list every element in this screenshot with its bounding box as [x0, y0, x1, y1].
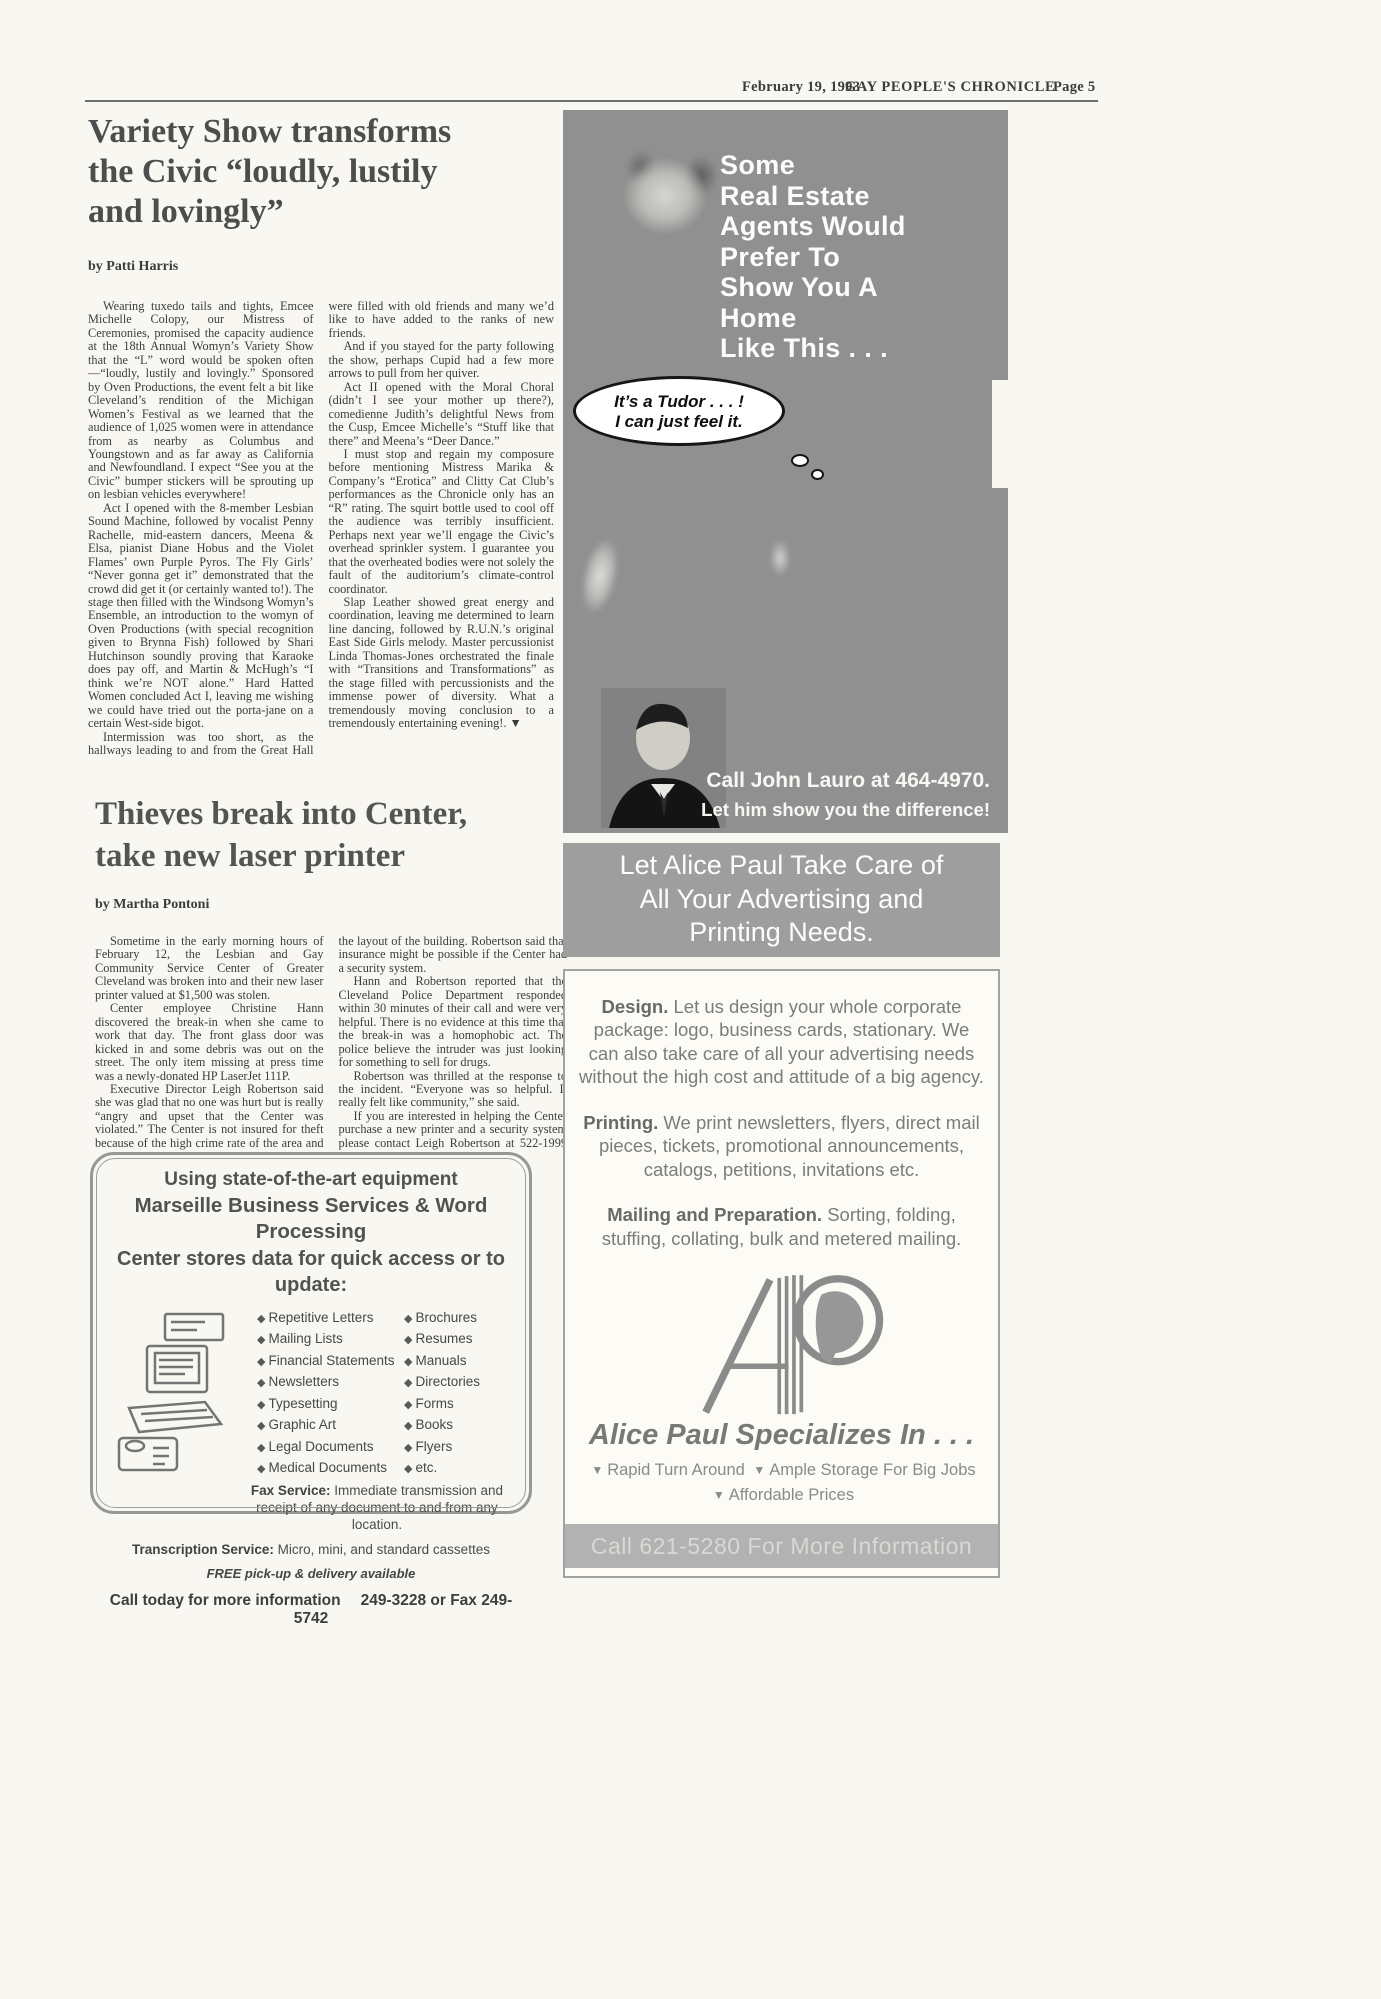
article1-headline: Variety Show transforms the Civic “loudl… — [88, 112, 554, 232]
specializes-line: Alice Paul Specializes In . . . — [577, 1424, 986, 1448]
printing-paragraph: Printing. We print newsletters, flyers, … — [577, 1111, 986, 1182]
mailing-label: Mailing and Preparation. — [607, 1204, 822, 1225]
article2-paragraph: Hann and Robertson reported that the Cle… — [339, 975, 568, 1069]
service-item: ◆Directories — [404, 1372, 480, 1394]
marseille-title-line: Using state-of-the-art equipment — [93, 1168, 529, 1193]
article1-paragraph: Wearing tuxedo tails and tights, Emcee M… — [88, 300, 314, 502]
diamond-bullet-icon: ◆ — [404, 1313, 412, 1325]
service-item: ◆Financial Statements — [257, 1351, 404, 1373]
article2-headline-line: Thieves break into Center, — [95, 793, 567, 835]
alice-paul-logo — [667, 1272, 897, 1420]
diamond-bullet-icon: ◆ — [257, 1442, 265, 1454]
speech-bubble-line: It’s a Tudor . . . ! — [576, 392, 782, 412]
triangle-bullet-icon: ▼ — [753, 1463, 765, 1477]
diamond-bullet-icon: ◆ — [404, 1377, 412, 1389]
service-item: ◆etc. — [404, 1458, 480, 1480]
service-label: Forms — [416, 1396, 454, 1411]
diamond-bullet-icon: ◆ — [257, 1313, 265, 1325]
real-estate-headline-line: Prefer To — [720, 242, 906, 273]
service-item: ◆Brochures — [404, 1308, 480, 1330]
article2-byline: by Martha Pontoni — [95, 897, 567, 913]
feature-list: ▼Rapid Turn Around ▼Ample Storage For Bi… — [577, 1458, 986, 1508]
speech-bubble-dot — [811, 469, 824, 480]
diamond-bullet-icon: ◆ — [404, 1463, 412, 1475]
article1-paragraph: Act I opened with the 8-member Lesbian S… — [88, 502, 314, 731]
article2-headline: Thieves break into Center, take new lase… — [95, 793, 567, 877]
alice-paul-ad: Let Alice Paul Take Care of All Your Adv… — [563, 843, 1000, 1578]
fax-service-line: Fax Service: Immediate transmission and … — [243, 1482, 511, 1533]
alice-paul-ad-body: Design. Let us design your whole corpora… — [563, 969, 1000, 1578]
alice-paul-header-line: Printing Needs. — [563, 916, 1000, 950]
diamond-bullet-icon: ◆ — [257, 1399, 265, 1411]
services-list-right: ◆Brochures ◆Resumes ◆Manuals ◆Directorie… — [404, 1308, 480, 1480]
article1-body: Wearing tuxedo tails and tights, Emcee M… — [88, 300, 554, 759]
service-label: Repetitive Letters — [268, 1310, 373, 1325]
services-lists: ◆Repetitive Letters ◆Mailing Lists ◆Fina… — [257, 1306, 515, 1480]
service-item: ◆Flyers — [404, 1437, 480, 1459]
feature-item: Affordable Prices — [729, 1486, 854, 1504]
marseille-ad-title: Using state-of-the-art equipment Marseil… — [93, 1168, 529, 1298]
service-label: Newsletters — [268, 1374, 339, 1389]
real-estate-headline: Some Real Estate Agents Would Prefer To … — [720, 150, 906, 364]
service-label: Graphic Art — [268, 1417, 336, 1432]
diamond-bullet-icon: ◆ — [257, 1334, 265, 1346]
service-item: ◆Newsletters — [257, 1372, 404, 1394]
article-thieves-break-in: Thieves break into Center, take new lase… — [95, 793, 567, 1154]
article-variety-show: Variety Show transforms the Civic “loudl… — [88, 112, 554, 759]
real-estate-tagline: Let him show you the difference! — [701, 799, 990, 821]
service-item: ◆Resumes — [404, 1329, 480, 1351]
diamond-bullet-icon: ◆ — [257, 1463, 265, 1475]
alice-paul-ad-header: Let Alice Paul Take Care of All Your Adv… — [563, 843, 1000, 957]
article1-headline-line: Variety Show transforms — [88, 112, 554, 152]
service-label: Manuals — [416, 1353, 467, 1368]
diamond-bullet-icon: ◆ — [404, 1399, 412, 1411]
marseille-content-row: ◆Repetitive Letters ◆Mailing Lists ◆Fina… — [105, 1306, 515, 1480]
service-item: ◆Medical Documents — [257, 1458, 404, 1480]
services-list-left: ◆Repetitive Letters ◆Mailing Lists ◆Fina… — [257, 1308, 404, 1480]
design-label: Design. — [602, 996, 669, 1017]
real-estate-headline-line: Some — [720, 150, 906, 181]
diamond-bullet-icon: ◆ — [404, 1356, 412, 1368]
alice-paul-header-line: All Your Advertising and — [563, 883, 1000, 917]
alice-paul-call-line: Call 621-5280 For More Information — [565, 1524, 998, 1568]
article1-paragraph: And if you stayed for the party followin… — [329, 340, 555, 380]
article2-paragraph: Robertson was thrilled at the response t… — [339, 1070, 568, 1110]
service-label: Flyers — [416, 1439, 453, 1454]
transcription-service-label: Transcription Service: — [132, 1542, 274, 1557]
service-item: ◆Typesetting — [257, 1394, 404, 1416]
printing-label: Printing. — [583, 1112, 658, 1133]
diamond-bullet-icon: ◆ — [404, 1442, 412, 1454]
service-label: Legal Documents — [268, 1439, 373, 1454]
service-item: ◆Mailing Lists — [257, 1329, 404, 1351]
article1-paragraph: Slap Leather showed great energy and coo… — [329, 596, 555, 731]
triangle-bullet-icon: ▼ — [713, 1488, 725, 1502]
mailing-paragraph: Mailing and Preparation. Sorting, foldin… — [577, 1203, 986, 1250]
transcription-service-text: Micro, mini, and standard cassettes — [274, 1542, 490, 1557]
article1-headline-line: and lovingly” — [88, 192, 554, 232]
article2-paragraph: Center employee Christine Hann discovere… — [95, 1002, 324, 1083]
real-estate-headline-line: Like This . . . — [720, 333, 906, 364]
service-item: ◆Books — [404, 1415, 480, 1437]
article2-paragraph: Sometime in the early morning hours of F… — [95, 935, 324, 1002]
diamond-bullet-icon: ◆ — [404, 1420, 412, 1432]
speech-bubble-dot — [791, 454, 809, 467]
feature-item: Ample Storage For Big Jobs — [769, 1461, 975, 1479]
transcription-service-line: Transcription Service: Micro, mini, and … — [93, 1542, 529, 1557]
real-estate-headline-line: Show You A — [720, 272, 906, 303]
service-label: Typesetting — [268, 1396, 337, 1411]
diamond-bullet-icon: ◆ — [257, 1420, 265, 1432]
article1-headline-line: the Civic “loudly, lustily — [88, 152, 554, 192]
marseille-title-line: Center stores data for quick access or t… — [93, 1246, 529, 1298]
marseille-ad: Using state-of-the-art equipment Marseil… — [90, 1152, 532, 1514]
article1-paragraph: Act II opened with the Moral Choral (did… — [329, 381, 555, 448]
scan-notch — [992, 380, 1008, 488]
service-label: Medical Documents — [268, 1460, 387, 1475]
service-label: Resumes — [416, 1331, 473, 1346]
dog-photo — [623, 148, 723, 248]
marseille-call-line: Call today for more information249-3228 … — [93, 1592, 529, 1628]
photo-smudge — [567, 521, 633, 630]
service-label: Mailing Lists — [268, 1331, 342, 1346]
speech-bubble-line: I can just feel it. — [576, 412, 782, 432]
service-label: Directories — [416, 1374, 481, 1389]
real-estate-ad: Some Real Estate Agents Would Prefer To … — [563, 110, 1008, 833]
triangle-bullet-icon: ▼ — [591, 1463, 603, 1477]
article1-paragraph: I must stop and regain my composure befo… — [329, 448, 555, 596]
service-label: Books — [416, 1417, 454, 1432]
article1-byline: by Patti Harris — [88, 259, 554, 275]
service-item: ◆Graphic Art — [257, 1415, 404, 1437]
diamond-bullet-icon: ◆ — [257, 1356, 265, 1368]
diamond-bullet-icon: ◆ — [404, 1334, 412, 1346]
real-estate-headline-line: Agents Would — [720, 211, 906, 242]
free-delivery-line: FREE pick-up & delivery available — [93, 1566, 529, 1581]
masthead-page-number: Page 5 — [1053, 79, 1095, 96]
masthead-date: February 19, 1993 — [742, 79, 860, 96]
newspaper-page: February 19, 1993 GAY PEOPLE'S CHRONICLE… — [0, 0, 1381, 1999]
service-item: ◆Legal Documents — [257, 1437, 404, 1459]
design-paragraph: Design. Let us design your whole corpora… — [577, 995, 986, 1089]
fax-service-label: Fax Service: — [251, 1483, 331, 1498]
photo-smudge — [766, 533, 794, 583]
article2-headline-line: take new laser printer — [95, 835, 567, 877]
masthead-publication: GAY PEOPLE'S CHRONICLE — [845, 79, 1055, 96]
speech-bubble: It’s a Tudor . . . ! I can just feel it. — [573, 376, 785, 446]
marseille-title-line: Marseille Business Services & Word Proce… — [93, 1193, 529, 1246]
masthead-rule — [85, 100, 1098, 102]
alice-paul-header-line: Let Alice Paul Take Care of — [563, 849, 1000, 883]
real-estate-call-line: Call John Lauro at 464-4970. — [706, 769, 990, 793]
real-estate-headline-line: Real Estate — [720, 181, 906, 212]
service-item: ◆Manuals — [404, 1351, 480, 1373]
article2-body: Sometime in the early morning hours of F… — [95, 935, 567, 1154]
service-item: ◆Forms — [404, 1394, 480, 1416]
marseille-call-label: Call today for more information — [110, 1592, 341, 1609]
service-label: etc. — [416, 1460, 438, 1475]
service-label: Brochures — [416, 1310, 478, 1325]
service-item: ◆Repetitive Letters — [257, 1308, 404, 1330]
feature-item: Rapid Turn Around — [607, 1461, 745, 1479]
diamond-bullet-icon: ◆ — [257, 1377, 265, 1389]
computer-equipment-illustration — [105, 1306, 257, 1478]
service-label: Financial Statements — [268, 1353, 394, 1368]
real-estate-headline-line: Home — [720, 303, 906, 334]
